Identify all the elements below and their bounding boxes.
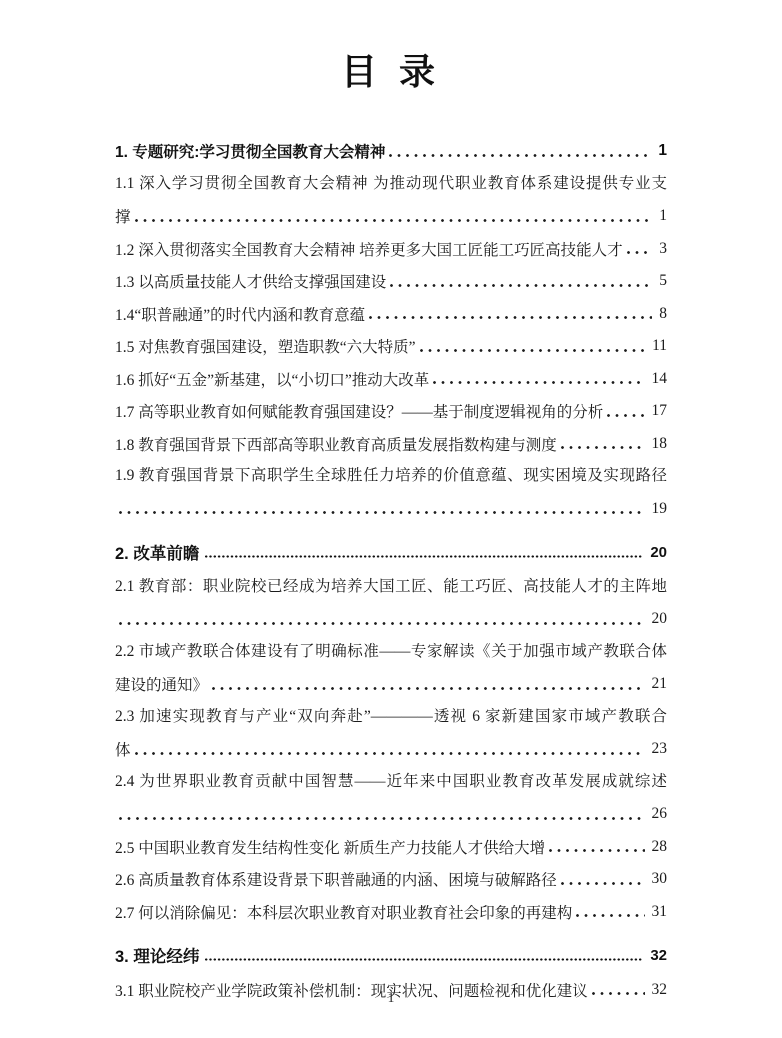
toc-entry[interactable]: 1.1 深入学习贯彻全国教育大会精神 为推动现代职业教育体系建设提供专业支撑1 xyxy=(115,168,667,233)
toc-entry[interactable]: 1.5 对焦教育强国建设，塑造职教“六大特质”11 xyxy=(115,330,667,363)
toc-page-ref: 30 xyxy=(649,870,668,888)
toc-leader-dots xyxy=(545,831,648,864)
toc-line: 1.3 以高质量技能人才供给支撑强国建设5 xyxy=(115,265,667,298)
toc-leader-dots xyxy=(623,233,657,266)
toc-line: 1. 专题研究:学习贯彻全国教育大会精神1 xyxy=(115,135,667,168)
toc-leader-dots xyxy=(386,265,656,298)
toc-page-ref: 1 xyxy=(656,207,667,225)
toc-entry[interactable]: 1.4“职普融通”的时代内涵和教育意蕴8 xyxy=(115,298,667,331)
toc-line: 建设的通知》21 xyxy=(115,668,667,701)
toc-entry-text: 2.1 教育部：职业院校已经成为培养大国工匠、能工巧匠、高技能人才的主阵地 xyxy=(115,578,667,595)
toc-entry-text: 2.2 市域产教联合体建设有了明确标准——专家解读《关于加强市域产教联合体 xyxy=(115,643,667,660)
toc-entry-text: 1.9 教育强国背景下高职学生全球胜任力培养的价值意蕴、现实困境及实现路径 xyxy=(115,467,667,484)
toc-entry[interactable]: 1.2 深入贯彻落实全国教育大会精神 培养更多大国工匠能工巧匠高技能人才3 xyxy=(115,233,667,266)
toc-entry-text: 2.6 高质量教育体系建设背景下职普融通的内涵、困境与破解路径 xyxy=(115,868,557,890)
toc-entry-text: 1.7 高等职业教育如何赋能教育强国建设？——基于制度逻辑视角的分析 xyxy=(115,400,603,422)
toc-leader-dots xyxy=(572,896,648,929)
toc-entry-text: 2. 改革前瞻 xyxy=(115,540,199,564)
toc-entry-text: 2.7 何以消除偏见：本科层次职业教育对职业教育社会印象的再建构 xyxy=(115,901,572,923)
toc-leader-dots xyxy=(115,493,649,526)
toc-entry[interactable]: 3. 理论经纬32 xyxy=(115,939,667,972)
toc-entry-text: 2.5 中国职业教育发生结构性变化 新质生产力技能人才供给大增 xyxy=(115,836,545,858)
toc-entry-text: 1.2 深入贯彻落实全国教育大会精神 培养更多大国工匠能工巧匠高技能人才 xyxy=(115,238,623,260)
toc-line: 1.2 深入贯彻落实全国教育大会精神 培养更多大国工匠能工巧匠高技能人才3 xyxy=(115,233,667,266)
toc-line: 2.4 为世界职业教育贡献中国智慧——近年来中国职业教育改革发展成就综述 xyxy=(115,766,667,799)
toc-line: 26 xyxy=(115,798,667,831)
toc-entry-text: 1.1 深入学习贯彻全国教育大会精神 为推动现代职业教育体系建设提供专业支 xyxy=(115,175,667,192)
toc-entry[interactable]: 2.6 高质量教育体系建设背景下职普融通的内涵、困境与破解路径30 xyxy=(115,863,667,896)
toc-entry-text: 1. 专题研究:学习贯彻全国教育大会精神 xyxy=(115,140,385,162)
toc-page-ref: 20 xyxy=(649,610,668,628)
toc-line: 19 xyxy=(115,493,667,526)
toc-page-ref: 11 xyxy=(649,337,667,355)
toc-entry[interactable]: 1.6 抓好“五金”新基建，以“小切口”推动大改革14 xyxy=(115,363,667,396)
toc-line: 2. 改革前瞻20 xyxy=(115,536,667,569)
toc-line: 1.6 抓好“五金”新基建，以“小切口”推动大改革14 xyxy=(115,363,667,396)
toc-page-ref: 1 xyxy=(655,142,667,160)
toc-entry[interactable]: 1.7 高等职业教育如何赋能教育强国建设？——基于制度逻辑视角的分析17 xyxy=(115,395,667,428)
toc: 1. 专题研究:学习贯彻全国教育大会精神11.1 深入学习贯彻全国教育大会精神 … xyxy=(115,135,667,1006)
toc-line: 1.4“职普融通”的时代内涵和教育意蕴8 xyxy=(115,298,667,331)
toc-entry-text: 建设的通知》 xyxy=(115,673,208,695)
toc-page-ref: 21 xyxy=(649,675,668,693)
toc-entry[interactable]: 2. 改革前瞻20 xyxy=(115,536,667,569)
toc-leader-dots xyxy=(115,798,649,831)
toc-entry-text: 撑 xyxy=(115,205,131,227)
toc-line: 1.7 高等职业教育如何赋能教育强国建设？——基于制度逻辑视角的分析17 xyxy=(115,395,667,428)
toc-line: 2.5 中国职业教育发生结构性变化 新质生产力技能人才供给大增28 xyxy=(115,831,667,864)
toc-entry-text: 1.6 抓好“五金”新基建，以“小切口”推动大改革 xyxy=(115,368,429,390)
toc-leader-dots xyxy=(557,428,649,461)
toc-leader-dots xyxy=(365,298,656,331)
toc-leader-dots xyxy=(603,395,648,428)
toc-line: 2.1 教育部：职业院校已经成为培养大国工匠、能工巧匠、高技能人才的主阵地 xyxy=(115,571,667,604)
toc-entry-text: 1.4“职普融通”的时代内涵和教育意蕴 xyxy=(115,303,365,325)
toc-entry[interactable]: 2.7 何以消除偏见：本科层次职业教育对职业教育社会印象的再建构31 xyxy=(115,896,667,929)
toc-line: 3. 理论经纬32 xyxy=(115,939,667,972)
toc-leader-dots xyxy=(131,200,657,233)
toc-entry[interactable]: 1.9 教育强国背景下高职学生全球胜任力培养的价值意蕴、现实困境及实现路径19 xyxy=(115,460,667,525)
toc-page: 目 录 1. 专题研究:学习贯彻全国教育大会精神11.1 深入学习贯彻全国教育大… xyxy=(0,0,782,1006)
toc-leader-dots xyxy=(199,939,647,972)
page-title: 目 录 xyxy=(115,44,667,95)
toc-line: 1.9 教育强国背景下高职学生全球胜任力培养的价值意蕴、现实困境及实现路径 xyxy=(115,460,667,493)
toc-entry-text: 1.3 以高质量技能人才供给支撑强国建设 xyxy=(115,270,386,292)
toc-page-ref: 3 xyxy=(656,240,667,258)
toc-line: 撑1 xyxy=(115,200,667,233)
toc-line: 体23 xyxy=(115,733,667,766)
toc-entry-text: 体 xyxy=(115,738,131,760)
toc-entry[interactable]: 2.5 中国职业教育发生结构性变化 新质生产力技能人才供给大增28 xyxy=(115,831,667,864)
toc-leader-dots xyxy=(557,863,649,896)
toc-page-ref: 28 xyxy=(649,838,668,856)
toc-line: 1.5 对焦教育强国建设，塑造职教“六大特质”11 xyxy=(115,330,667,363)
toc-page-ref: 19 xyxy=(649,500,668,518)
toc-entry[interactable]: 2.1 教育部：职业院校已经成为培养大国工匠、能工巧匠、高技能人才的主阵地20 xyxy=(115,571,667,636)
toc-leader-dots xyxy=(199,536,647,569)
toc-page-ref: 20 xyxy=(647,544,667,561)
toc-page-ref: 14 xyxy=(649,370,668,388)
toc-entry-text: 2.4 为世界职业教育贡献中国智慧——近年来中国职业教育改革发展成就综述 xyxy=(115,773,667,790)
toc-line: 2.6 高质量教育体系建设背景下职普融通的内涵、困境与破解路径30 xyxy=(115,863,667,896)
toc-entry[interactable]: 1.3 以高质量技能人才供给支撑强国建设5 xyxy=(115,265,667,298)
toc-leader-dots xyxy=(429,363,648,396)
toc-leader-dots xyxy=(416,330,650,363)
toc-entry[interactable]: 1.8 教育强国背景下西部高等职业教育高质量发展指数构建与测度18 xyxy=(115,428,667,461)
toc-entry[interactable]: 2.2 市域产教联合体建设有了明确标准——专家解读《关于加强市域产教联合体建设的… xyxy=(115,636,667,701)
toc-page-ref: 31 xyxy=(649,903,668,921)
toc-page-ref: 23 xyxy=(649,740,668,758)
toc-entry-text: 2.3 加速实现教育与产业“双向奔赴”————透视 6 家新建国家市域产教联合 xyxy=(115,708,667,725)
toc-entry-text: 1.8 教育强国背景下西部高等职业教育高质量发展指数构建与测度 xyxy=(115,433,557,455)
toc-page-ref: 17 xyxy=(649,402,668,420)
toc-line: 1.1 深入学习贯彻全国教育大会精神 为推动现代职业教育体系建设提供专业支 xyxy=(115,168,667,201)
toc-line: 1.8 教育强国背景下西部高等职业教育高质量发展指数构建与测度18 xyxy=(115,428,667,461)
toc-entry[interactable]: 1. 专题研究:学习贯彻全国教育大会精神1 xyxy=(115,135,667,168)
toc-line: 2.2 市域产教联合体建设有了明确标准——专家解读《关于加强市域产教联合体 xyxy=(115,636,667,669)
toc-entry-text: 3. 理论经纬 xyxy=(115,943,199,967)
toc-leader-dots xyxy=(385,135,655,168)
toc-entry[interactable]: 2.4 为世界职业教育贡献中国智慧——近年来中国职业教育改革发展成就综述26 xyxy=(115,766,667,831)
toc-page-ref: 18 xyxy=(649,435,668,453)
toc-entry-text: 1.5 对焦教育强国建设，塑造职教“六大特质” xyxy=(115,335,416,357)
page-number: 1 xyxy=(0,990,782,1006)
toc-entry[interactable]: 2.3 加速实现教育与产业“双向奔赴”————透视 6 家新建国家市域产教联合体… xyxy=(115,701,667,766)
toc-page-ref: 26 xyxy=(649,805,668,823)
toc-leader-dots xyxy=(208,668,648,701)
toc-line: 2.3 加速实现教育与产业“双向奔赴”————透视 6 家新建国家市域产教联合 xyxy=(115,701,667,734)
toc-leader-dots xyxy=(115,603,649,636)
toc-page-ref: 5 xyxy=(656,272,667,290)
toc-leader-dots xyxy=(131,733,649,766)
toc-page-ref: 8 xyxy=(656,305,667,323)
toc-line: 20 xyxy=(115,603,667,636)
toc-page-ref: 32 xyxy=(647,947,667,964)
toc-line: 2.7 何以消除偏见：本科层次职业教育对职业教育社会印象的再建构31 xyxy=(115,896,667,929)
